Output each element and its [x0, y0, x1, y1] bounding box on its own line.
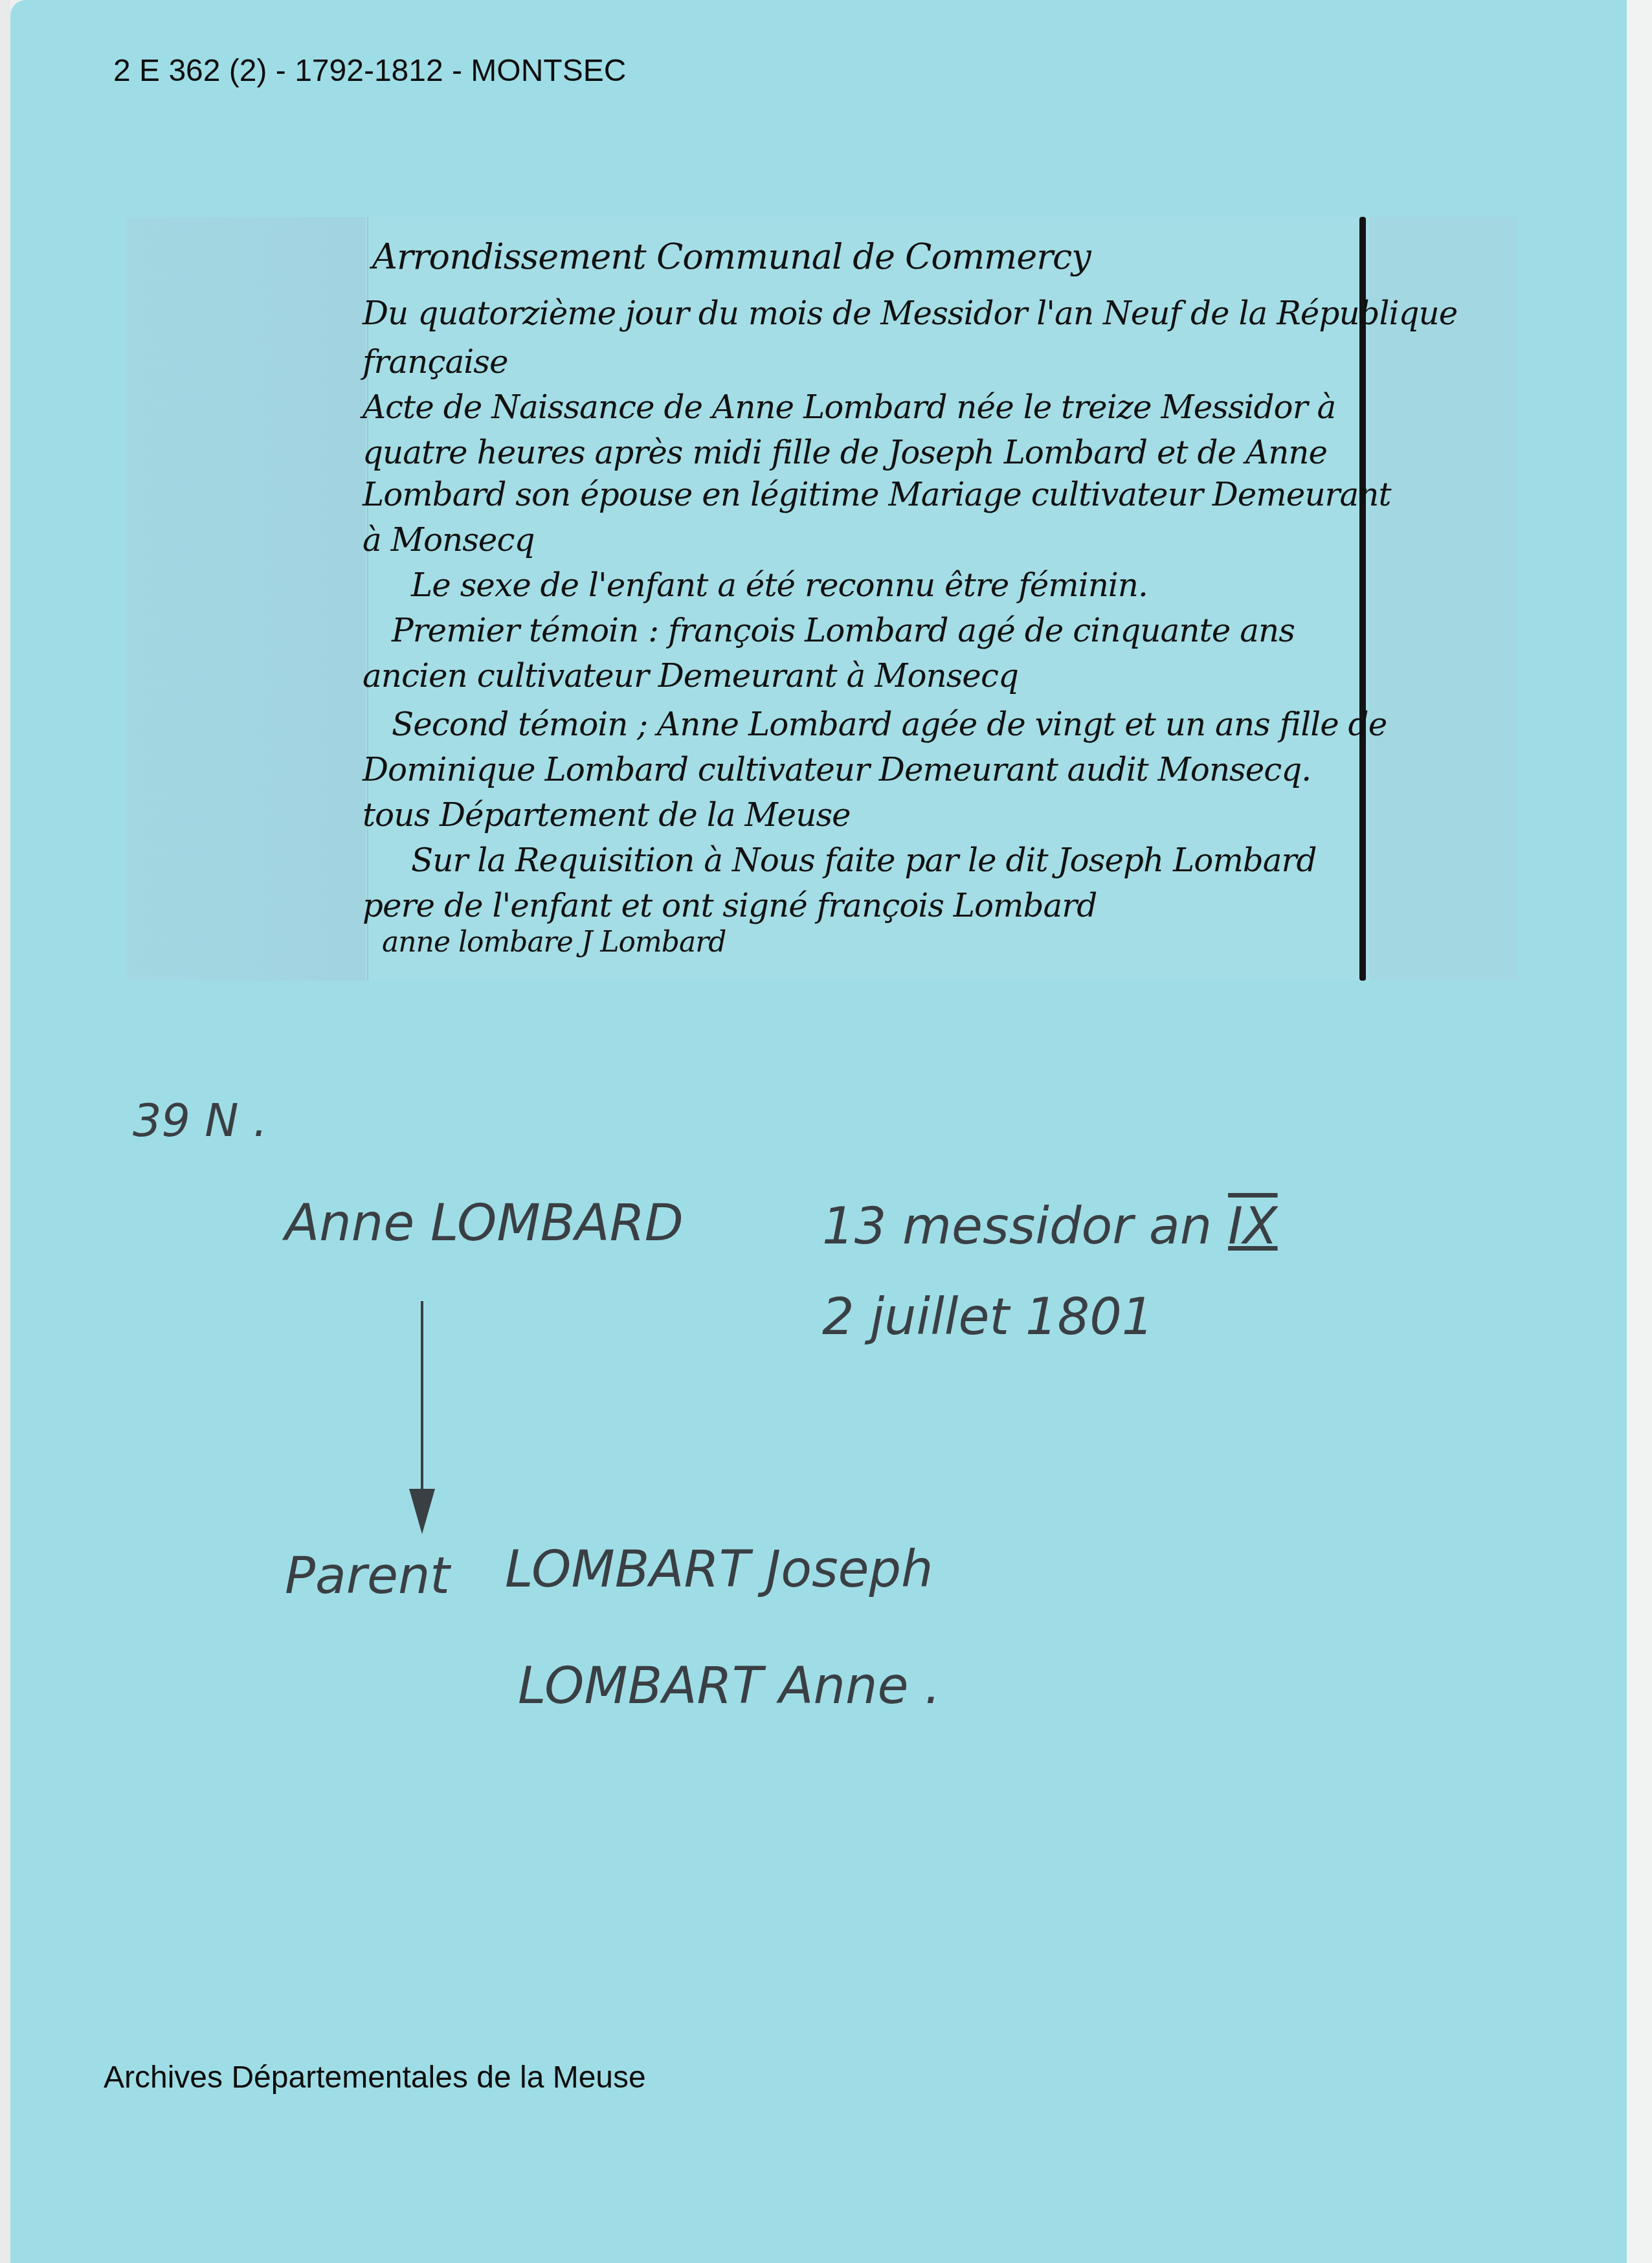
scan-line: Second témoin ; Anne Lombard agée de vin… — [392, 706, 1387, 743]
parents-label-note: Parent — [285, 1547, 450, 1605]
scan-line: Du quatorzième jour du mois de Messidor … — [363, 295, 1457, 332]
scan-line: Le sexe de l'enfant a été reconnu être f… — [411, 566, 1148, 604]
document-reference-header: 2 E 362 (2) - 1792-1812 - MONTSEC — [113, 53, 626, 89]
child-name-note: Anne LOMBARD — [285, 1194, 684, 1253]
faded-margin-left — [126, 217, 366, 981]
scan-line: Sur la Requisition à Nous faite par le d… — [411, 842, 1317, 879]
scan-line: pere de l'enfant et ont signé françois L… — [363, 887, 1097, 924]
record-number-note: 39 N . — [133, 1094, 267, 1147]
scanner-edge-right — [1627, 0, 1652, 2263]
archive-footer: Archives Départementales de la Meuse — [104, 2060, 646, 2095]
scan-line: quatre heures après midi fille de Joseph… — [363, 434, 1327, 471]
register-scan-image: Arrondissement Communal de Commercy Du q… — [126, 217, 1518, 981]
arrow-head-icon — [409, 1489, 435, 1534]
scanner-edge-left — [0, 0, 10, 2263]
signatures: anne lombare J Lombard — [382, 926, 726, 959]
scan-line: Lombard son épouse en légitime Mariage c… — [363, 476, 1391, 513]
scan-line: Dominique Lombard cultivateur Demeurant … — [363, 751, 1311, 788]
scan-line: française — [363, 343, 508, 381]
scan-line: à Monsecq — [363, 521, 534, 559]
scan-line: Acte de Naissance de Anne Lombard née le… — [363, 388, 1335, 426]
arrow-down-icon — [421, 1301, 423, 1508]
mother-name-note: LOMBART Anne . — [518, 1657, 941, 1715]
republican-year: IX — [1228, 1198, 1277, 1256]
scan-line: ancien cultivateur Demeurant à Monsecq — [363, 657, 1018, 695]
scan-line: Premier témoin : françois Lombard agé de… — [392, 612, 1295, 649]
republican-day-month: 13 messidor an — [822, 1198, 1212, 1256]
scan-line: Arrondissement Communal de Commercy — [372, 236, 1091, 277]
scan-line: tous Département de la Meuse — [363, 796, 851, 834]
gregorian-date-note: 2 juillet 1801 — [822, 1288, 1154, 1346]
father-name-note: LOMBART Joseph — [505, 1541, 933, 1599]
republican-date-note: 13 messidor an IX — [822, 1198, 1278, 1256]
